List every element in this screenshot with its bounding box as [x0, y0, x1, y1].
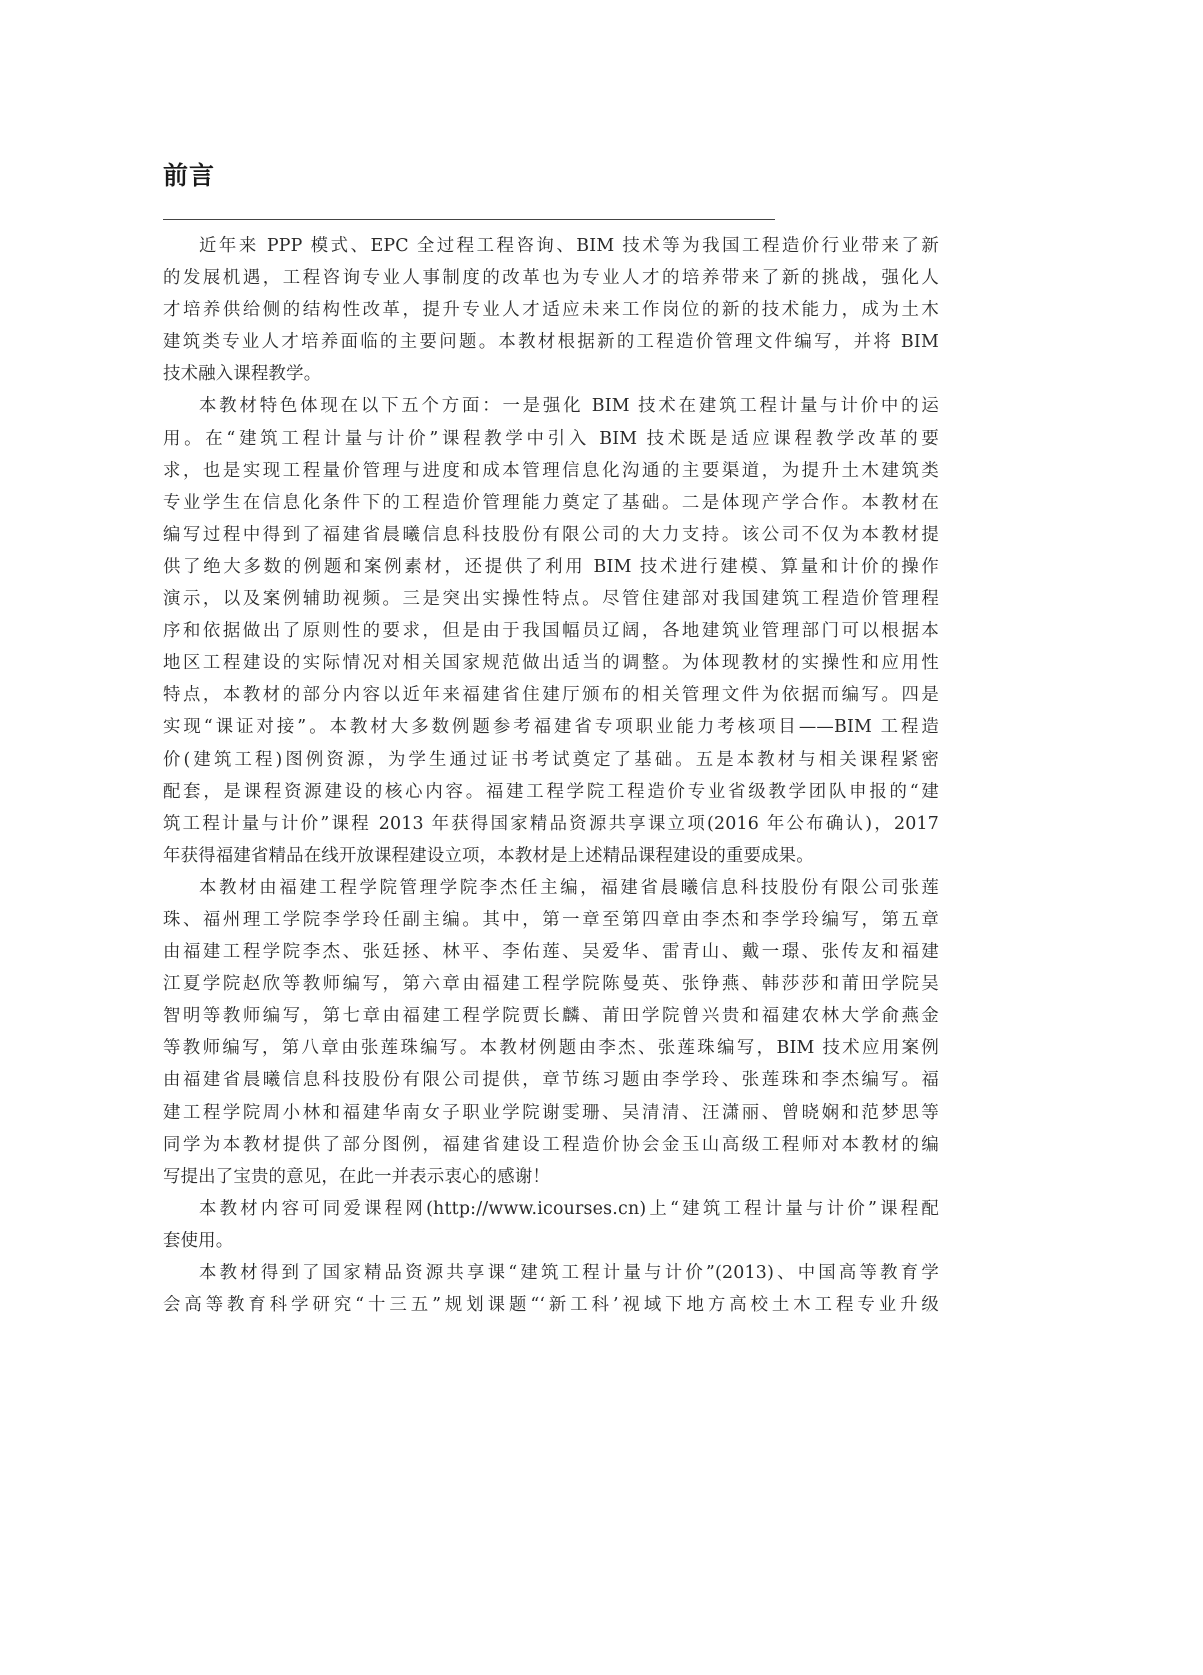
text-line: 专业学生在信息化条件下的工程造价管理能力奠定了基础。二是体现产学合作。本教材在 [163, 487, 939, 519]
text-line: 用。在“建筑工程计量与计价”课程教学中引入 BIM 技术既是适应课程教学改革的要 [163, 423, 939, 455]
text-line: 本教材特色体现在以下五个方面：一是强化 BIM 技术在建筑工程计量与计价中的运 [163, 390, 939, 422]
text-line: 写提出了宝贵的意见，在此一并表示衷心的感谢！ [163, 1161, 939, 1193]
text-line: 本教材由福建工程学院管理学院李杰任主编，福建省晨曦信息科技股份有限公司张莲 [163, 872, 939, 904]
text-line: 珠、福州理工学院李学玲任副主编。其中，第一章至第四章由李杰和李学玲编写，第五章 [163, 904, 939, 936]
text-line: 配套，是课程资源建设的核心内容。福建工程学院工程造价专业省级教学团队申报的“建 [163, 776, 939, 808]
text-line: 套使用。 [163, 1225, 939, 1257]
text-line: 建工程学院周小林和福建华南女子职业学院谢雯珊、吴清清、汪潇丽、曾晓娴和范梦思等 [163, 1097, 939, 1129]
paragraph-3: 本教材由福建工程学院管理学院李杰任主编，福建省晨曦信息科技股份有限公司张莲 珠、… [163, 872, 939, 1193]
text-line: 由福建省晨曦信息科技股份有限公司提供，章节练习题由李学玲、张莲珠和李杰编写。福 [163, 1064, 939, 1096]
text-line: 价(建筑工程)图例资源，为学生通过证书考试奠定了基础。五是本教材与相关课程紧密 [163, 744, 939, 776]
text-line: 本教材内容可同爱课程网(http://www.icourses.cn)上“建筑工… [163, 1193, 939, 1225]
paragraph-1: 近年来 PPP 模式、EPC 全过程工程咨询、BIM 技术等为我国工程造价行业带… [163, 230, 939, 390]
paragraph-5: 本教材得到了国家精品资源共享课“建筑工程计量与计价”(2013)、中国高等教育学… [163, 1257, 939, 1321]
text-line: 才培养供给侧的结构性改革，提升专业人才适应未来工作岗位的新的技术能力，成为土木 [163, 294, 939, 326]
text-line: 实现“课证对接”。本教材大多数例题参考福建省专项职业能力考核项目——BIM 工程… [163, 711, 939, 743]
text-line: 等教师编写，第八章由张莲珠编写。本教材例题由李杰、张莲珠编写，BIM 技术应用案… [163, 1032, 939, 1064]
text-line: 筑工程计量与计价”课程 2013 年获得国家精品资源共享课立项(2016 年公布… [163, 808, 939, 840]
text-line: 演示，以及案例辅助视频。三是突出实操性特点。尽管住建部对我国建筑工程造价管理程 [163, 583, 939, 615]
text-line: 智明等教师编写，第七章由福建工程学院贾长麟、莆田学院曾兴贵和福建农林大学俞燕金 [163, 1000, 939, 1032]
text-line: 会高等教育科学研究“十三五”规划课题“‘新工科’视域下地方高校土木工程专业升级 [163, 1289, 939, 1321]
text-line: 的发展机遇，工程咨询专业人事制度的改革也为专业人才的培养带来了新的挑战，强化人 [163, 262, 939, 294]
preface-body: 近年来 PPP 模式、EPC 全过程工程咨询、BIM 技术等为我国工程造价行业带… [163, 230, 939, 1321]
text-line: 由福建工程学院李杰、张廷拯、林平、李佑莲、吴爱华、雷青山、戴一璟、张传友和福建 [163, 936, 939, 968]
text-line: 建筑类专业人才培养面临的主要问题。本教材根据新的工程造价管理文件编写，并将 BI… [163, 326, 939, 358]
document-page: 前言 近年来 PPP 模式、EPC 全过程工程咨询、BIM 技术等为我国工程造价… [0, 0, 1203, 1675]
text-line: 近年来 PPP 模式、EPC 全过程工程咨询、BIM 技术等为我国工程造价行业带… [163, 230, 939, 262]
page-title: 前言 [163, 160, 215, 192]
paragraph-2: 本教材特色体现在以下五个方面：一是强化 BIM 技术在建筑工程计量与计价中的运 … [163, 390, 939, 871]
text-line: 求，也是实现工程量价管理与进度和成本管理信息化沟通的主要渠道，为提升土木建筑类 [163, 455, 939, 487]
text-line: 序和依据做出了原则性的要求，但是由于我国幅员辽阔，各地建筑业管理部门可以根据本 [163, 615, 939, 647]
title-divider [163, 219, 775, 220]
text-line: 编写过程中得到了福建省晨曦信息科技股份有限公司的大力支持。该公司不仅为本教材提 [163, 519, 939, 551]
text-line: 同学为本教材提供了部分图例，福建省建设工程造价协会金玉山高级工程师对本教材的编 [163, 1129, 939, 1161]
text-line: 特点，本教材的部分内容以近年来福建省住建厅颁布的相关管理文件为依据而编写。四是 [163, 679, 939, 711]
text-line: 年获得福建省精品在线开放课程建设立项，本教材是上述精品课程建设的重要成果。 [163, 840, 939, 872]
text-line: 地区工程建设的实际情况对相关国家规范做出适当的调整。为体现教材的实操性和应用性 [163, 647, 939, 679]
text-line: 本教材得到了国家精品资源共享课“建筑工程计量与计价”(2013)、中国高等教育学 [163, 1257, 939, 1289]
text-line: 技术融入课程教学。 [163, 358, 939, 390]
text-line: 供了绝大多数的例题和案例素材，还提供了利用 BIM 技术进行建模、算量和计价的操… [163, 551, 939, 583]
paragraph-4: 本教材内容可同爱课程网(http://www.icourses.cn)上“建筑工… [163, 1193, 939, 1257]
text-line: 江夏学院赵欣等教师编写，第六章由福建工程学院陈曼英、张铮燕、韩莎莎和莆田学院吴 [163, 968, 939, 1000]
